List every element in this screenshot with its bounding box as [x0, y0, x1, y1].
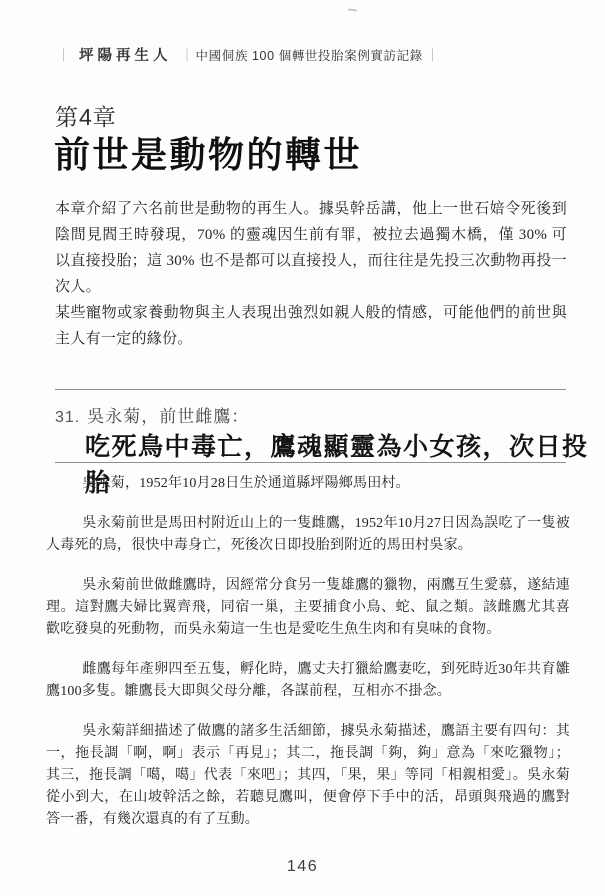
- case-paragraph: 吳永菊前世做雌鷹時，因經常分食另一隻雄鷹的獵物，兩鷹互生愛慕，遂結連理。這對鷹夫…: [46, 575, 570, 641]
- book-page: ｜ 坪陽再生人 ｜ 中國侗族 100 個轉世投胎案例實訪記錄 ｜ 第4章 前世是…: [0, 0, 605, 896]
- case-paragraph: 吳永菊前世是馬田村附近山上的一隻雌鷹，1952年10月27日因為誤吃了一隻被人毒…: [46, 513, 570, 557]
- chapter-title: 前世是動物的轉世: [54, 127, 362, 178]
- running-header: ｜ 坪陽再生人 ｜ 中國侗族 100 個轉世投胎案例實訪記錄 ｜: [57, 44, 439, 65]
- intro-paragraph: 本章介紹了六名前世是動物的再生人。據吳幹岳講，他上一世石婄令死後到陰間見閻王時發…: [55, 196, 567, 300]
- case-title: 吳永菊，前世雌鷹：: [87, 407, 249, 426]
- case-body: 吳永菊，1952年10月28日生於通道縣坪陽鄉馬田村。 吳永菊前世是馬田村附近山…: [46, 473, 570, 831]
- section-rule-bottom: [55, 462, 566, 463]
- page-number: 146: [0, 858, 605, 876]
- header-separator: ｜: [426, 45, 439, 64]
- case-number: 31.: [55, 409, 80, 426]
- header-separator: ｜: [181, 45, 194, 64]
- case-paragraph: 雌鷹每年產卵四至五隻，孵化時，鷹丈夫打獵給鷹妻吃，到死時近30年共育雛鷹100多…: [46, 659, 570, 703]
- header-separator: ｜: [57, 45, 70, 64]
- chapter-intro: 本章介紹了六名前世是動物的再生人。據吳幹岳講，他上一世石婄令死後到陰間見閻王時發…: [55, 196, 567, 352]
- case-paragraph: 吳永菊詳細描述了做鷹的諸多生活細節，據吳永菊描述，鷹語主要有四句：其一，拖長調「…: [46, 721, 570, 831]
- series-title: 坪陽再生人: [79, 44, 172, 65]
- scan-speck: [348, 9, 357, 12]
- case-paragraph: 吳永菊，1952年10月28日生於通道縣坪陽鄉馬田村。: [46, 473, 570, 495]
- section-rule-top: [55, 389, 566, 390]
- case-heading: 31.吳永菊，前世雌鷹：: [55, 402, 249, 427]
- intro-paragraph: 某些寵物或家養動物與主人表現出強烈如親人般的情感，可能他們的前世與主人有一定的緣…: [55, 300, 567, 352]
- book-subtitle: 中國侗族 100 個轉世投胎案例實訪記錄: [196, 46, 423, 64]
